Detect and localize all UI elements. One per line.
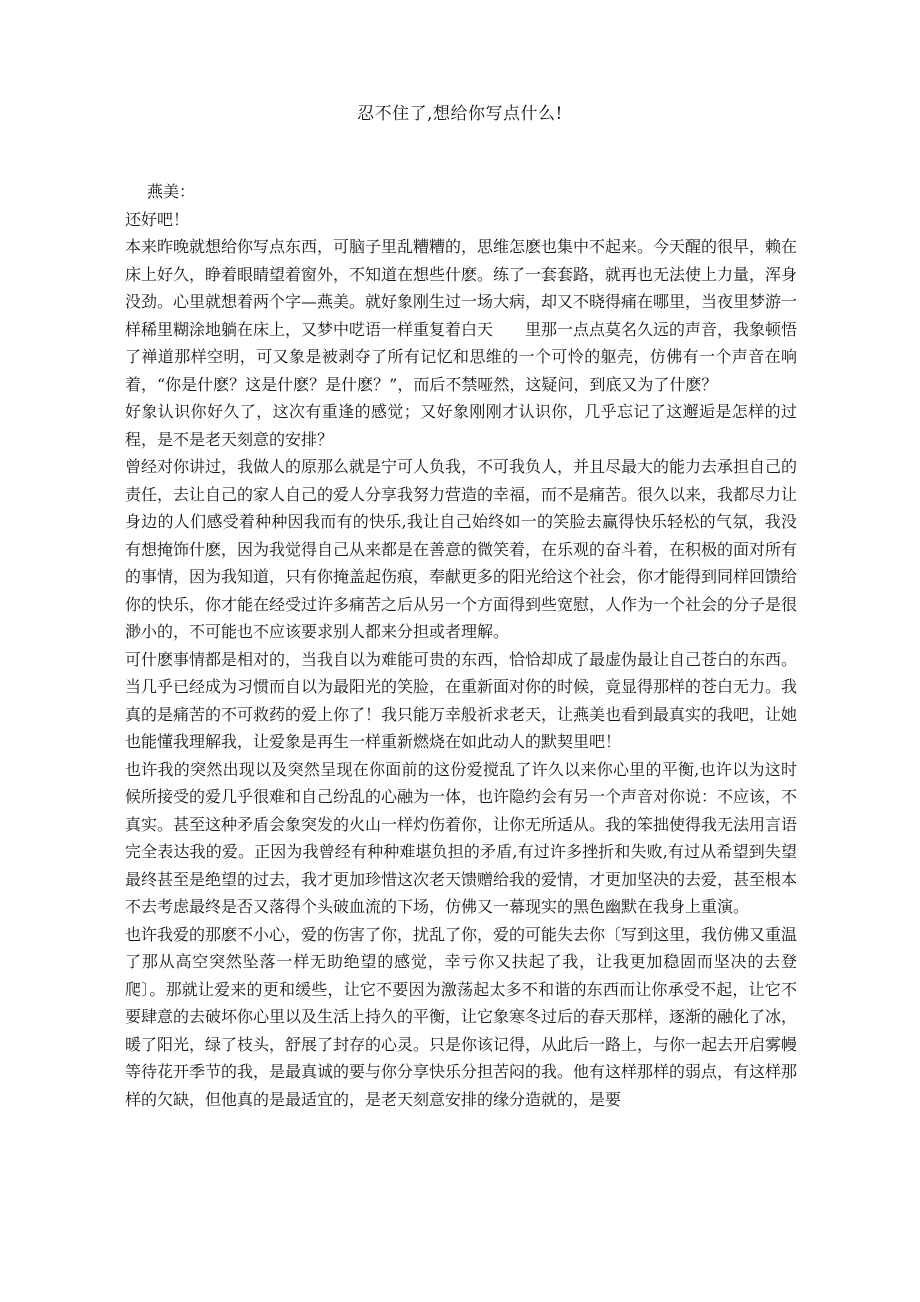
- greeting-line: 还好吧！: [125, 206, 797, 234]
- salutation: 燕美：: [125, 178, 797, 206]
- paragraph-4: 可什麽事情都是相对的，当我自以为难能可贵的东西，恰恰却成了最虚伪最让自己苍白的东…: [125, 646, 797, 756]
- letter-body: 燕美： 还好吧！ 本来昨晚就想给你写点东西，可脑子里乱糟糟的，思维怎麽也集中不起…: [125, 178, 797, 1113]
- document-title: 忍不住了,想给你写点什么!: [0, 0, 920, 126]
- paragraph-2: 好象认识你好久了，这次有重逢的感觉；又好象刚刚才认识你，几乎忘记了这邂逅是怎样的…: [125, 398, 797, 453]
- paragraph-6: 也许我爱的那麽不小心，爱的伤害了你，扰乱了你，爱的可能失去你〔写到这里，我仿佛又…: [125, 921, 797, 1114]
- document-page: 忍不住了,想给你写点什么! 燕美： 还好吧！ 本来昨晚就想给你写点东西，可脑子里…: [0, 0, 920, 1302]
- paragraph-5: 也许我的突然出现以及突然呈现在你面前的这份爱搅乱了许久以来你心里的平衡,也许以为…: [125, 756, 797, 921]
- paragraph-3: 曾经对你讲过，我做人的原那么就是宁可人负我，不可我负人，并且尽最大的能力去承担自…: [125, 453, 797, 646]
- paragraph-1: 本来昨晚就想给你写点东西，可脑子里乱糟糟的，思维怎麽也集中不起来。今天醒的很早，…: [125, 233, 797, 398]
